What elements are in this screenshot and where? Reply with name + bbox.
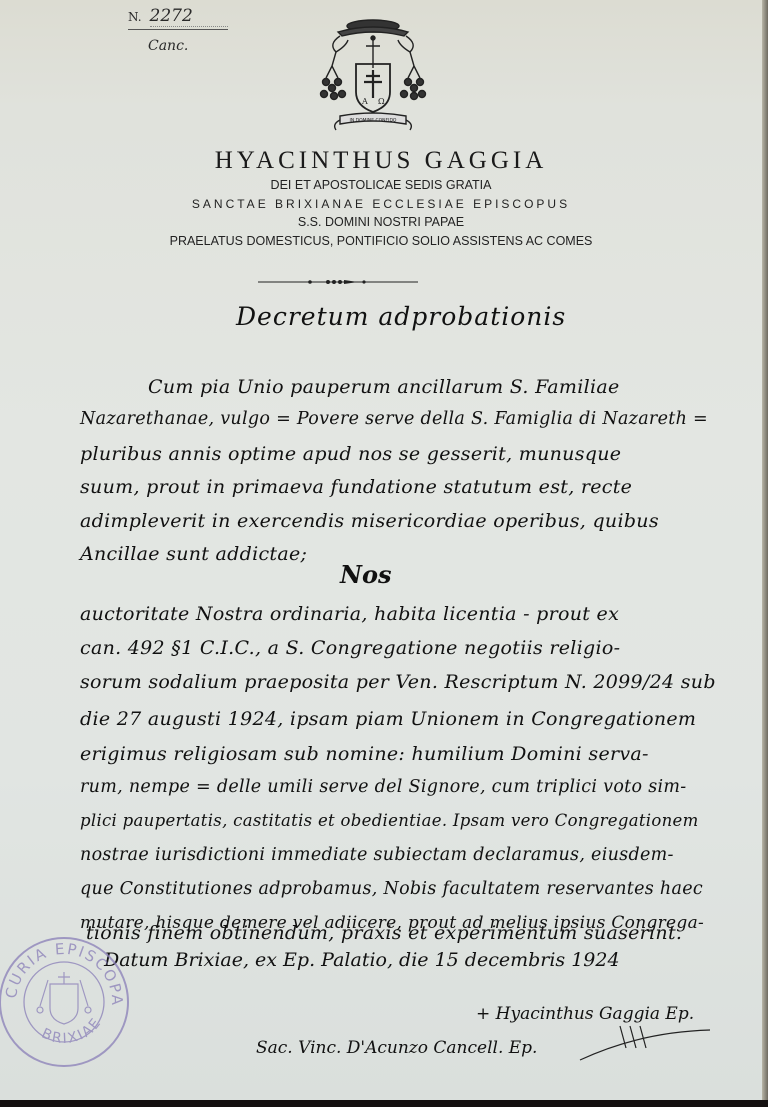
letterhead-line-1: DEI ET APOSTOLICAE SEDIS GRATIA [0,176,762,195]
nos-heading: Nos [340,560,391,589]
body-line: tionis finem obtinendum, praxis et exper… [86,922,682,944]
body-line: auctoritate Nostra ordinaria, habita lic… [80,603,619,625]
divider-ornament [258,278,418,286]
body-line: die 27 augusti 1924, ipsam piam Unionem … [80,708,696,730]
svg-text:BRIXIAE: BRIXIAE [39,1014,105,1047]
preamble-line: adimpleverit in exercendis misericordiae… [80,510,659,532]
preamble-line: Nazarethanae, vulgo = Povere serve della… [80,409,708,429]
preamble-line: Cum pia Unio pauperum ancillarum S. Fami… [148,376,620,398]
body-line: erigimus religiosam sub nomine: humilium… [80,743,649,765]
svg-text:IN DOMINE CONFIDO: IN DOMINE CONFIDO [350,118,397,124]
episcopal-coat-of-arms-icon: A Ω IN DOMINE CONFIDO [318,16,428,132]
document-page: N. 2272 Canc. A Ω [0,0,762,1100]
page-edge [762,0,768,1107]
document-title: Decretum adprobationis [236,302,566,331]
bishop-name: HYACINTHUS GAGGIA [0,146,762,176]
letterhead-line-3: S.S. DOMINI NOSTRI PAPAE [0,213,762,232]
bishop-signature: + Hyacinthus Gaggia Ep. [470,1000,730,1070]
preamble-line: suum, prout in primaeva fundatione statu… [80,476,632,498]
body-line: nostrae iurisdictioni immediate subiecta… [80,845,674,865]
body-line: que Constitutiones adprobamus, Nobis fac… [80,879,703,899]
svg-text:Ω: Ω [378,97,385,106]
chancellor-countersignature: Sac. Vinc. D'Acunzo Cancell. Ep. [256,1038,537,1058]
curia-stamp-icon: CURIA EPISCOPALIS BRIXIAE [0,932,134,1072]
letterhead: HYACINTHUS GAGGIA DEI ET APOSTOLICAE SED… [0,146,762,250]
letterhead-line-2: SANCTAE BRIXIANAE ECCLESIAE EPISCOPUS [0,195,762,214]
preamble-line: pluribus annis optime apud nos se gesser… [80,443,621,465]
protocol-number-label: N. [128,10,142,24]
body-line: sorum sodalium praeposita per Ven. Rescr… [80,671,716,693]
date-line: Datum Brixiae, ex Ep. Palatio, die 15 de… [104,949,620,971]
svg-text:CURIA EPISCOPALIS: CURIA EPISCOPALIS [0,932,126,1007]
protocol-number-block: N. 2272 Canc. [128,6,228,54]
protocol-number-value: 2272 [150,6,228,27]
signature-flourish-icon [470,1000,730,1070]
body-line: rum, nempe = delle umili serve del Signo… [80,777,687,797]
svg-text:A: A [361,97,368,106]
protocol-office: Canc. [148,38,228,54]
letterhead-line-4: PRAELATUS DOMESTICUS, PONTIFICIO SOLIO A… [0,232,762,251]
preamble-line: Ancillae sunt addictae; [80,543,307,565]
body-line: can. 492 §1 C.I.C., a S. Congregatione n… [80,637,620,659]
background-table [0,1100,768,1107]
body-line: plici paupertatis, castitatis et obedien… [80,811,699,830]
